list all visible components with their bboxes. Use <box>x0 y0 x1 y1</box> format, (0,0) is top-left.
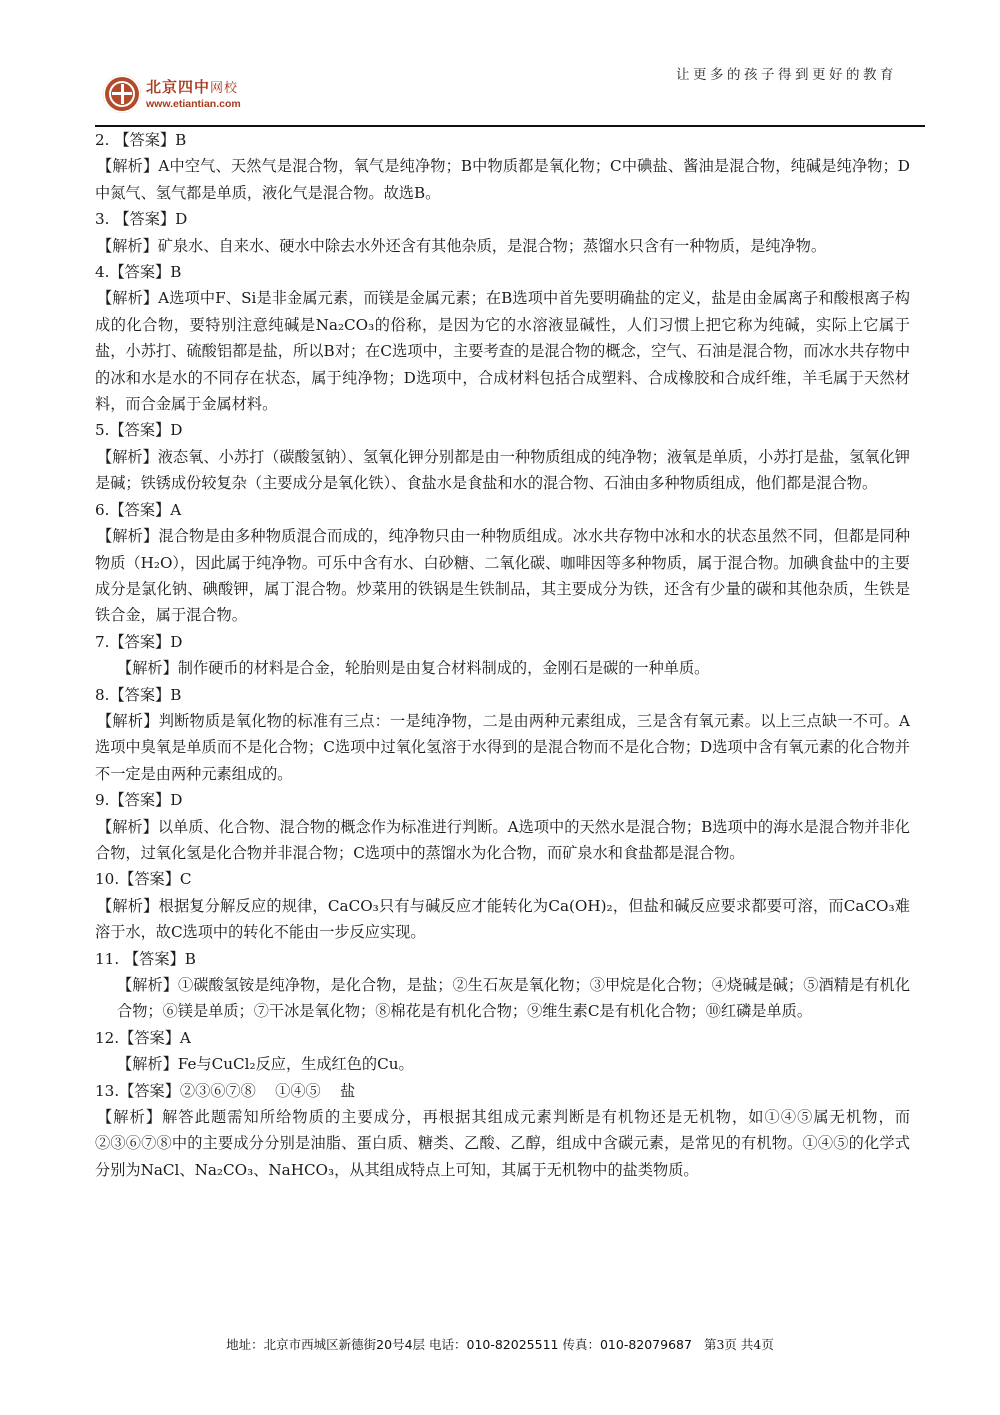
answer-list: 2. 【答案】B 【解析】A中空气、天然气是混合物，氧气是纯净物；B中物质都是氧… <box>95 127 910 1183</box>
answer-line: 4.【答案】B <box>95 259 910 285</box>
answer-item-9: 9.【答案】D 【解析】以单质、化合物、混合物的概念作为标准进行判断。A选项中的… <box>95 787 910 866</box>
logo-name: 北京四中网校 <box>146 78 241 98</box>
school-emblem-icon <box>103 75 141 113</box>
answer-item-6: 6.【答案】A 【解析】混合物是由多种物质混合而成的，纯净物只由一种物质组成。冰… <box>95 497 910 629</box>
page-number: 第3页 共4页 <box>704 1337 774 1352</box>
answer-line: 12.【答案】A <box>95 1025 910 1051</box>
slogan: 让更多的孩子得到更好的教育 <box>676 63 897 83</box>
answer-line: 8.【答案】B <box>95 682 910 708</box>
analysis-text: 【解析】混合物是由多种物质混合而成的，纯净物只由一种物质组成。冰水共存物中冰和水… <box>95 523 910 629</box>
analysis-text: 【解析】A选项中F、Si是非金属元素，而镁是金属元素；在B选项中首先要明确盐的定… <box>95 285 910 417</box>
analysis-text: 【解析】液态氧、小苏打（碳酸氢钠）、氢氧化钾分别都是由一种物质组成的纯净物；液氧… <box>95 444 910 497</box>
answer-item-10: 10.【答案】C 【解析】根据复分解反应的规律，CaCO₃只有与碱反应才能转化为… <box>95 866 910 945</box>
footer-address: 地址：北京市西城区新德街20号4层 电话：010-82025511 传真：010… <box>226 1337 692 1352</box>
analysis-text: 【解析】解答此题需知所给物质的主要成分，再根据其组成元素判断是有机物还是无机物，… <box>95 1104 910 1183</box>
answer-line: 3. 【答案】D <box>95 206 910 232</box>
page-header: 让更多的孩子得到更好的教育 北京四中网校 www.etiantian.com <box>95 55 925 127</box>
analysis-text: 【解析】A中空气、天然气是混合物，氧气是纯净物；B中物质都是氧化物；C中碘盐、酱… <box>95 153 910 206</box>
logo: 北京四中网校 www.etiantian.com <box>103 75 241 113</box>
logo-url: www.etiantian.com <box>146 98 241 110</box>
answer-line: 5.【答案】D <box>95 417 910 443</box>
page-footer: 地址：北京市西城区新德街20号4层 电话：010-82025511 传真：010… <box>0 1335 1000 1353</box>
answer-item-8: 8.【答案】B 【解析】判断物质是氧化物的标准有三点：一是纯净物，二是由两种元素… <box>95 682 910 788</box>
answer-line: 2. 【答案】B <box>95 127 910 153</box>
analysis-text: 【解析】Fe与CuCl₂反应，生成红色的Cu。 <box>95 1051 910 1077</box>
answer-item-2: 2. 【答案】B 【解析】A中空气、天然气是混合物，氧气是纯净物；B中物质都是氧… <box>95 127 910 206</box>
answer-line: 6.【答案】A <box>95 497 910 523</box>
analysis-text: 【解析】①碳酸氢铵是纯净物，是化合物，是盐；②生石灰是氧化物；③甲烷是化合物；④… <box>95 972 910 1025</box>
answer-line: 10.【答案】C <box>95 866 910 892</box>
answer-item-11: 11. 【答案】B 【解析】①碳酸氢铵是纯净物，是化合物，是盐；②生石灰是氧化物… <box>95 946 910 1025</box>
answer-item-4: 4.【答案】B 【解析】A选项中F、Si是非金属元素，而镁是金属元素；在B选项中… <box>95 259 910 417</box>
answer-item-12: 12.【答案】A 【解析】Fe与CuCl₂反应，生成红色的Cu。 <box>95 1025 910 1078</box>
answer-line: 11. 【答案】B <box>95 946 910 972</box>
analysis-text: 【解析】矿泉水、自来水、硬水中除去水外还含有其他杂质，是混合物；蒸馏水只含有一种… <box>95 233 910 259</box>
analysis-text: 【解析】以单质、化合物、混合物的概念作为标准进行判断。A选项中的天然水是混合物；… <box>95 814 910 867</box>
answer-item-13: 13.【答案】②③⑥⑦⑧ ①④⑤ 盐 【解析】解答此题需知所给物质的主要成分，再… <box>95 1078 910 1184</box>
analysis-text: 【解析】判断物质是氧化物的标准有三点：一是纯净物，二是由两种元素组成，三是含有氧… <box>95 708 910 787</box>
analysis-text: 【解析】制作硬币的材料是合金，轮胎则是由复合材料制成的，金刚石是碳的一种单质。 <box>95 655 910 681</box>
answer-line: 9.【答案】D <box>95 787 910 813</box>
answer-line: 7.【答案】D <box>95 629 910 655</box>
answer-line: 13.【答案】②③⑥⑦⑧ ①④⑤ 盐 <box>95 1078 910 1104</box>
answer-item-3: 3. 【答案】D 【解析】矿泉水、自来水、硬水中除去水外还含有其他杂质，是混合物… <box>95 206 910 259</box>
analysis-text: 【解析】根据复分解反应的规律，CaCO₃只有与碱反应才能转化为Ca(OH)₂，但… <box>95 893 910 946</box>
answer-item-5: 5.【答案】D 【解析】液态氧、小苏打（碳酸氢钠）、氢氧化钾分别都是由一种物质组… <box>95 417 910 496</box>
answer-item-7: 7.【答案】D 【解析】制作硬币的材料是合金，轮胎则是由复合材料制成的，金刚石是… <box>95 629 910 682</box>
